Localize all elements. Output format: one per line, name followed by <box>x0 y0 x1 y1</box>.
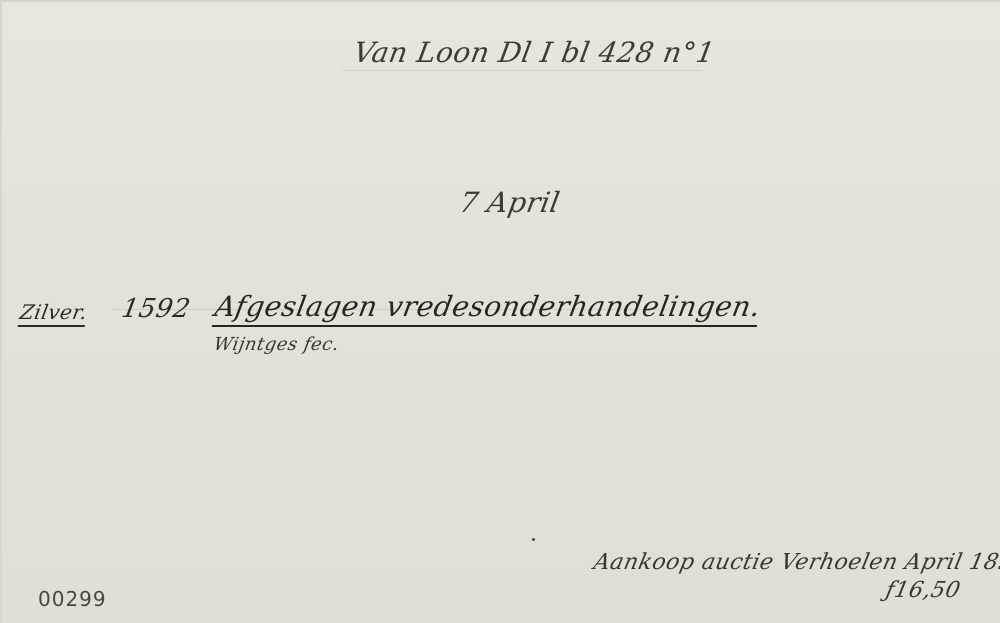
entry-title: Afgeslagen vredesonderhandelingen. <box>212 290 764 327</box>
header-reference: Van Loon Dl I bl 428 n°1 <box>351 36 718 69</box>
maker-signature: Wijntges fec. <box>212 334 341 355</box>
provenance-note: Aankoop auctie Verhoelen April 1891 <box>591 550 1000 575</box>
entry-year: 1592 <box>119 294 192 324</box>
material-category: Zilver. <box>18 300 90 327</box>
catalogue-number: 00299 <box>38 587 107 611</box>
ruled-line <box>342 70 702 71</box>
ink-speck <box>532 538 535 541</box>
purchase-price: ƒ16,50 <box>883 578 962 603</box>
entry-date: 7 April <box>457 186 562 219</box>
catalogue-card: Van Loon Dl I bl 428 n°1 7 April Zilver.… <box>0 0 1000 623</box>
